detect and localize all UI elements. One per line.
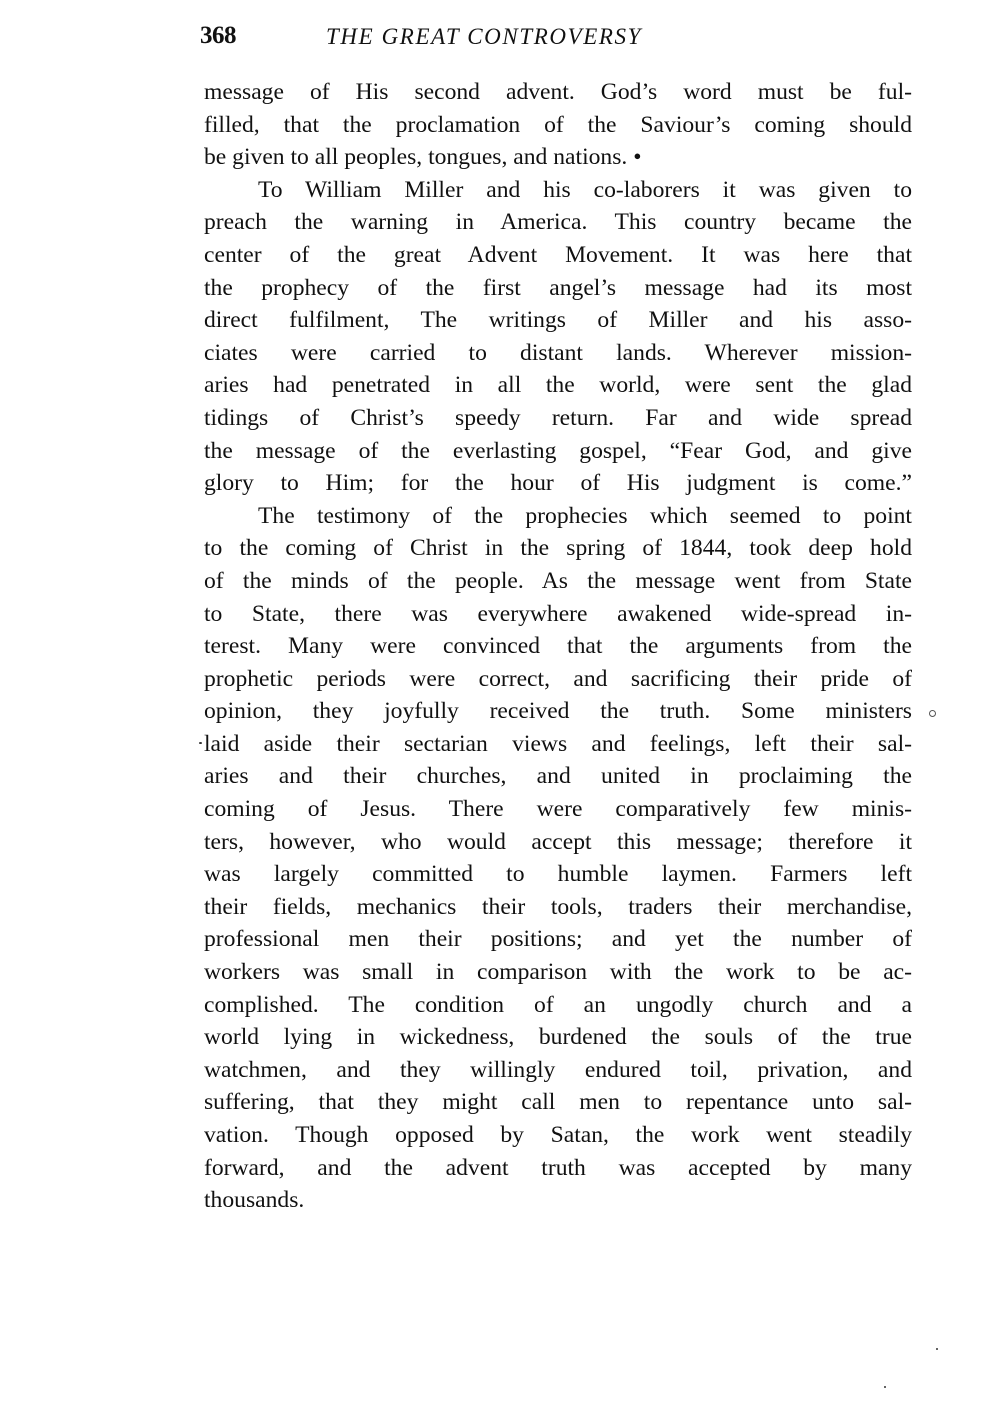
scan-speck (936, 1348, 938, 1350)
text-line: glory to Him; for the hour of His judgme… (204, 467, 912, 500)
text-line: of the minds of the people. As the messa… (204, 565, 912, 598)
text-line: complished. The condition of an ungodly … (204, 989, 912, 1022)
text-line: suffering, that they might call men to r… (204, 1086, 912, 1119)
body-text: message of His second advent. God’s word… (204, 76, 912, 1217)
paragraph: The testimony of the prophecies which se… (204, 500, 912, 1217)
scan-speck (929, 710, 936, 717)
book-page: 368 THE GREAT CONTROVERSY message of His… (0, 0, 1000, 1414)
text-line: preach the warning in America. This coun… (204, 206, 912, 239)
scan-speck (884, 1386, 886, 1388)
text-line: laid aside their sectarian views and fee… (204, 728, 912, 761)
book-title: THE GREAT CONTROVERSY (326, 24, 642, 50)
running-head: 368 THE GREAT CONTROVERSY (200, 22, 912, 54)
text-line: workers was small in comparison with the… (204, 956, 912, 989)
scan-speck (199, 742, 202, 744)
text-line: prophetic periods were correct, and sacr… (204, 663, 912, 696)
text-line: to State, there was everywhere awakened … (204, 598, 912, 631)
text-line: to the coming of Christ in the spring of… (204, 532, 912, 565)
text-line: forward, and the advent truth was accept… (204, 1152, 912, 1185)
text-line: professional men their positions; and ye… (204, 923, 912, 956)
text-line: thousands. (204, 1184, 912, 1217)
page-number: 368 (200, 22, 236, 50)
text-line: center of the great Advent Movement. It … (204, 239, 912, 272)
text-line: terest. Many were convinced that the arg… (204, 630, 912, 663)
text-line: the prophecy of the first angel’s messag… (204, 272, 912, 305)
paragraph: To William Miller and his co-laborers it… (204, 174, 912, 500)
text-line: was largely committed to humble laymen. … (204, 858, 912, 891)
text-line: ters, however, who would accept this mes… (204, 826, 912, 859)
text-line: be given to all peoples, tongues, and na… (204, 141, 912, 174)
paragraph-continued: message of His second advent. God’s word… (204, 76, 912, 174)
text-line: their fields, mechanics their tools, tra… (204, 891, 912, 924)
text-line: tidings of Christ’s speedy return. Far a… (204, 402, 912, 435)
text-line: filled, that the proclamation of the Sav… (204, 109, 912, 142)
text-line: ciates were carried to distant lands. Wh… (204, 337, 912, 370)
text-line: message of His second advent. God’s word… (204, 76, 912, 109)
text-line: aries and their churches, and united in … (204, 760, 912, 793)
text-line: aries had penetrated in all the world, w… (204, 369, 912, 402)
text-line: The testimony of the prophecies which se… (204, 500, 912, 533)
text-line: world lying in wickedness, burdened the … (204, 1021, 912, 1054)
text-line: the message of the everlasting gospel, “… (204, 435, 912, 468)
text-line: vation. Though opposed by Satan, the wor… (204, 1119, 912, 1152)
text-line: opinion, they joyfully received the trut… (204, 695, 912, 728)
text-line: To William Miller and his co-laborers it… (204, 174, 912, 207)
text-line: coming of Jesus. There were comparativel… (204, 793, 912, 826)
text-line: direct fulfilment, The writings of Mille… (204, 304, 912, 337)
text-line: watchmen, and they willingly endured toi… (204, 1054, 912, 1087)
